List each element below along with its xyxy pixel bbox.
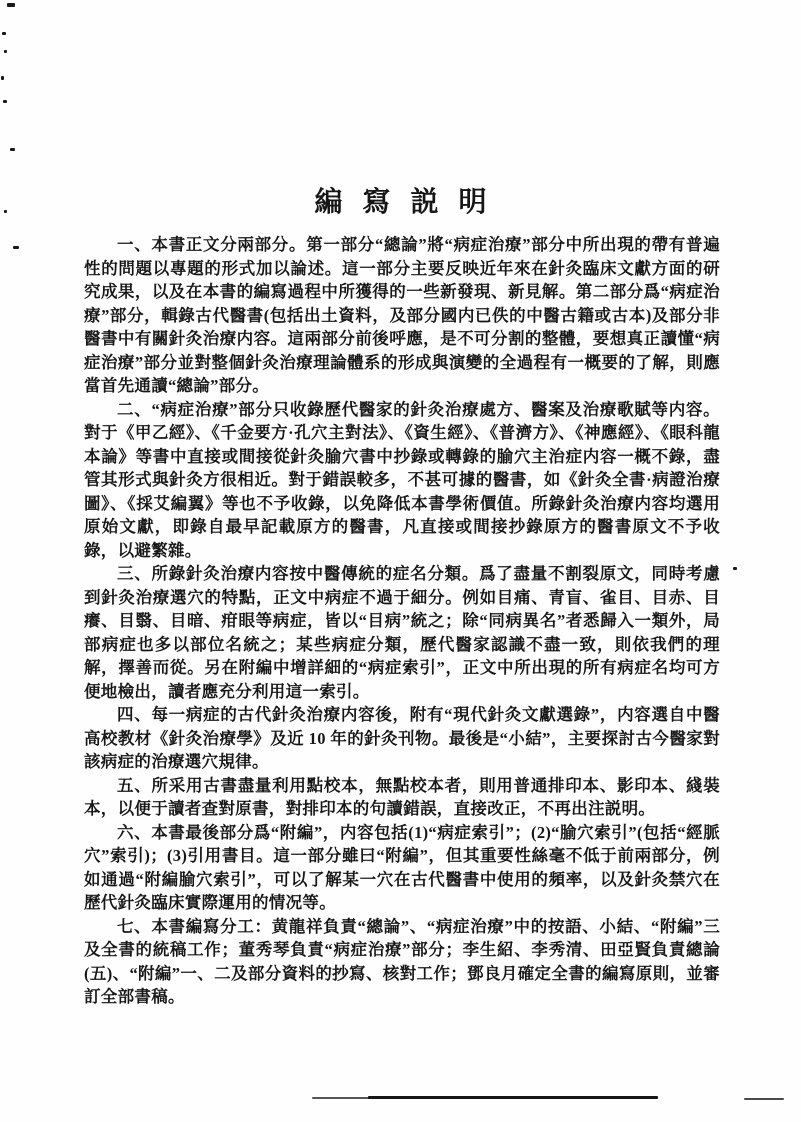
paragraph-7: 七、本書編寫分工：黄龍祥負責“總論”、“病症治療”中的按語、小結、“附編”三及全…	[84, 915, 720, 1009]
scan-speck	[1, 76, 4, 80]
page-title: 編寫説明	[0, 180, 801, 220]
scan-speck	[4, 210, 7, 213]
scan-speck	[13, 246, 19, 249]
paragraph-5: 五、所采用古書盡量利用點校本，無點校本者，則用普通排印本、影印本、綫裝本，以便于…	[84, 774, 720, 821]
paragraph-4: 四、每一病症的古代針灸治療内容後，附有“現代針灸文獻選錄”，内容選自中醫高校教材…	[84, 703, 720, 774]
scan-streak	[744, 1098, 784, 1100]
scan-speck	[7, 3, 15, 7]
scan-speck	[2, 32, 6, 35]
paragraph-2: 二、“病症治療”部分只收錄歷代醫家的針灸治療處方、醫案及治療歌賦等内容。對于《甲…	[84, 398, 720, 563]
scan-speck	[4, 50, 7, 53]
scanned-page: 編寫説明 一、本書正文分兩部分。第一部分“總論”將“病症治療”部分中所出現的帶有…	[0, 0, 801, 1122]
scan-streak	[368, 1096, 658, 1099]
paragraph-3: 三、所錄針灸治療内容按中醫傳統的症名分類。爲了盡量不割裂原文，同時考慮到針灸治療…	[84, 562, 720, 703]
scan-speck	[733, 567, 737, 570]
paragraph-1: 一、本書正文分兩部分。第一部分“總論”將“病症治療”部分中所出現的帶有普遍性的問…	[84, 233, 720, 398]
body-text-block: 一、本書正文分兩部分。第一部分“總論”將“病症治療”部分中所出現的帶有普遍性的問…	[84, 233, 720, 1009]
scan-speck	[10, 148, 15, 151]
scan-streak	[312, 1097, 372, 1099]
paragraph-6: 六、本書最後部分爲“附編”，内容包括(1)“病症索引”；(2)“腧穴索引”(包括…	[84, 821, 720, 915]
scan-speck	[3, 100, 7, 103]
